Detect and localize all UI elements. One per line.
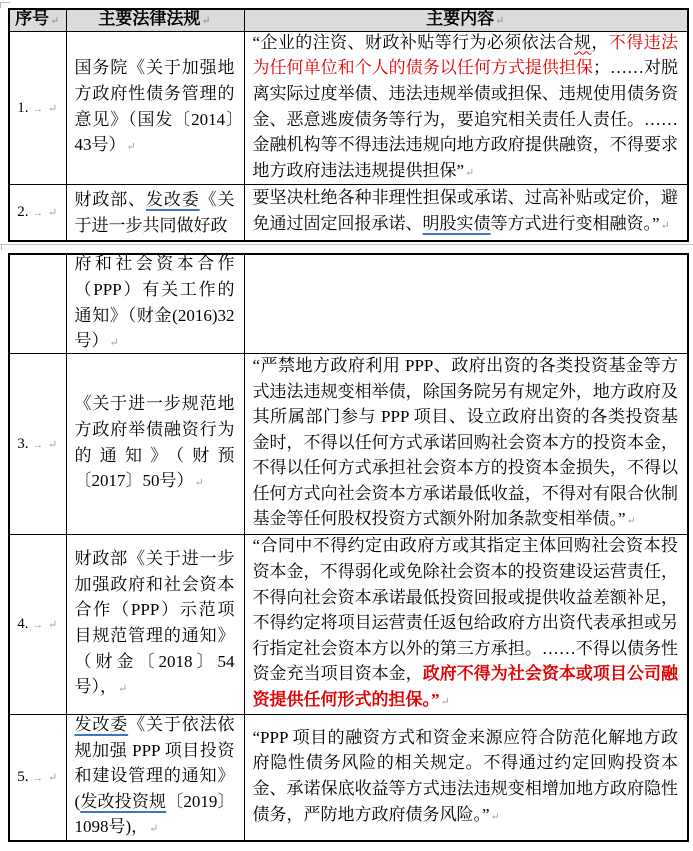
serial-text: 2. → ↵ bbox=[10, 198, 66, 227]
formatting-mark: ↵ bbox=[494, 15, 505, 27]
formatting-mark: ↵ bbox=[49, 15, 60, 27]
text-segment: 序号 bbox=[15, 10, 49, 28]
table-row: 1. → ↵ 国务院《关于加强地方政府性债务管理的意见》（国发〔2014〕43号… bbox=[9, 32, 688, 185]
formatting-mark: ↵ bbox=[47, 772, 58, 784]
serial-text: 4. → ↵ bbox=[10, 610, 66, 639]
cell-serial bbox=[9, 254, 66, 354]
underlined-term[interactable]: 发改委 bbox=[146, 190, 200, 209]
table-row: 5. → ↵ 发改委《关于依法依规加强 PPP 项目投资和建设管理的通知》(发改… bbox=[9, 715, 688, 842]
text-segment: 国务院《关于加强地方政府性债务管理的意见》（国发〔2014〕43号） bbox=[75, 58, 235, 154]
cell-law: 国务院《关于加强地方政府性债务管理的意见》（国发〔2014〕43号）↵ bbox=[66, 32, 244, 185]
cell-serial: 1. → ↵ bbox=[9, 32, 66, 185]
cell-serial: 5. → ↵ bbox=[9, 715, 66, 842]
underlined-term[interactable]: 发改委 bbox=[75, 715, 129, 734]
formatting-mark: ↵ bbox=[440, 696, 451, 708]
formatting-mark: ↵ bbox=[626, 515, 637, 527]
content-text: “PPP 项目的融资方式和资金来源应符合防范化解地方政府隐性债务风险的相关规定。… bbox=[245, 725, 688, 830]
text-segment: 主要法律法规 bbox=[98, 10, 200, 28]
serial-text: 5. → ↵ bbox=[10, 763, 66, 792]
formatting-mark: ↵ bbox=[117, 683, 128, 695]
cell-serial: 4. → ↵ bbox=[9, 535, 66, 715]
formatting-mark: ↵ bbox=[660, 220, 671, 232]
text-segment: 3. bbox=[17, 436, 28, 452]
header-label-law: 主要法律法规↵ bbox=[67, 10, 244, 31]
content-text: 要坚决杜绝各种非理性担保或承诺、过高补贴或定价，避免通过固定回报承诺、明股实债等… bbox=[245, 185, 688, 239]
formatting-mark: ↵ bbox=[47, 103, 58, 115]
text-segment: 《关于进一步规范地方政府举债融资行为的通知》（财预〔2017〕50号） bbox=[75, 394, 235, 490]
text-segment: “PPP 项目的融资方式和资金来源应符合防范化解地方政府隐性债务风险的相关规定。… bbox=[253, 728, 679, 824]
cell-serial: 3. → ↵ bbox=[9, 354, 66, 535]
cell-content: “PPP 项目的融资方式和资金来源应符合防范化解地方政府隐性债务风险的相关规定。… bbox=[244, 715, 688, 842]
text-segment: 府和社会资本合作（PPP）有关工作的通知》（财金(2016)32号） bbox=[75, 255, 235, 350]
document-page: 序号↵ 主要法律法规↵ 主要内容↵ 1. → ↵ 国务院《关于加强地方政府性债务… bbox=[0, 0, 693, 851]
cell-serial: 2. → ↵ bbox=[9, 185, 66, 242]
serial-text: 3. → ↵ bbox=[10, 430, 66, 459]
formatting-mark: ↵ bbox=[47, 439, 58, 451]
header-cell-content: 主要内容↵ bbox=[244, 9, 688, 32]
table-row-continuation: 府和社会资本合作（PPP）有关工作的通知》（财金(2016)32号）↵ bbox=[9, 254, 688, 354]
formatting-mark: → bbox=[29, 207, 48, 219]
cell-law: 财政部《关于进一步加强政府和社会资本合作（PPP）示范项目规范管理的通知》（财金… bbox=[66, 535, 244, 715]
law-text: 财政部《关于进一步加强政府和社会资本合作（PPP）示范项目规范管理的通知》（财金… bbox=[67, 546, 244, 703]
text-segment: 4. bbox=[17, 616, 28, 632]
cell-content bbox=[244, 254, 688, 354]
formatting-mark: ↵ bbox=[490, 811, 501, 823]
text-segment: “企业的注资、财政补贴等行为必须依法合 bbox=[253, 33, 574, 52]
underlined-term[interactable]: 明股实债 bbox=[423, 214, 491, 233]
header-cell-law: 主要法律法规↵ bbox=[66, 9, 244, 32]
cell-content: 要坚决杜绝各种非理性担保或承诺、过高补贴或定价，避免通过固定回报承诺、明股实债等… bbox=[244, 185, 688, 242]
cell-content: “企业的注资、财政补贴等行为必须依法合规，不得违法为任何单位和个人的债务以任何方… bbox=[244, 32, 688, 185]
cell-content: “严禁地方政府利用 PPP、政府出资的各类投资基金等方式违法违规变相举债，除国务… bbox=[244, 354, 688, 535]
cell-law: 府和社会资本合作（PPP）有关工作的通知》（财金(2016)32号）↵ bbox=[66, 254, 244, 354]
text-segment: 1. bbox=[17, 100, 28, 116]
formatting-mark: ↵ bbox=[148, 823, 159, 835]
law-text: 财政部、发改委《关于进一步共同做好政 bbox=[67, 187, 244, 238]
text-segment: 财政部、 bbox=[75, 190, 147, 209]
law-text: 《关于进一步规范地方政府举债融资行为的通知》（财预〔2017〕50号）↵ bbox=[67, 391, 244, 496]
table-row: 3. → ↵ 《关于进一步规范地方政府举债融资行为的通知》（财预〔2017〕50… bbox=[9, 354, 688, 535]
text-segment: “合同中不得约定由政府方或其指定主体回购社会资本投资本金，不得弱化或免除社会资本… bbox=[253, 536, 679, 683]
text-segment: 5. bbox=[17, 769, 28, 785]
serial-text: 1. → ↵ bbox=[10, 94, 66, 123]
content-text: “合同中不得约定由政府方或其指定主体回购社会资本投资本金，不得弱化或免除社会资本… bbox=[245, 535, 688, 714]
header-label-content: 主要内容↵ bbox=[245, 10, 688, 31]
text-segment: 2. bbox=[17, 204, 28, 220]
law-text: 发改委《关于依法依规加强 PPP 项目投资和建设管理的通知》(发改投资规〔201… bbox=[67, 715, 244, 840]
formatting-mark: ↵ bbox=[200, 15, 211, 27]
text-segment: 主要内容 bbox=[426, 10, 494, 28]
formatting-mark: ↵ bbox=[109, 337, 120, 349]
formatting-mark: ↵ bbox=[47, 207, 58, 219]
table-row: 4. → ↵ 财政部《关于进一步加强政府和社会资本合作（PPP）示范项目规范管理… bbox=[9, 535, 688, 715]
cell-law: 发改委《关于依法依规加强 PPP 项目投资和建设管理的通知》(发改投资规〔201… bbox=[66, 715, 244, 842]
law-text: 国务院《关于加强地方政府性债务管理的意见》（国发〔2014〕43号）↵ bbox=[67, 55, 244, 160]
formatting-mark: → bbox=[29, 619, 48, 631]
text-segment: ， bbox=[591, 33, 608, 52]
underlined-term[interactable]: 发改投资规 bbox=[80, 792, 166, 811]
law-text: 府和社会资本合作（PPP）有关工作的通知》（财金(2016)32号）↵ bbox=[67, 255, 244, 353]
text-segment: “严禁地方政府利用 PPP、政府出资的各类投资基金等方式违法违规变相举债，除国务… bbox=[253, 356, 679, 529]
formatting-mark: → bbox=[29, 439, 48, 451]
formatting-mark: ↵ bbox=[47, 619, 58, 631]
formatting-mark: → bbox=[29, 772, 48, 784]
content-text: “严禁地方政府利用 PPP、政府出资的各类投资基金等方式违法违规变相举债，除国务… bbox=[245, 354, 688, 534]
header-label-serial: 序号↵ bbox=[10, 10, 66, 31]
text-segment: 等方式进行变相融资。” bbox=[491, 214, 660, 233]
regulations-table-part2: 府和社会资本合作（PPP）有关工作的通知》（财金(2016)32号）↵ 3. →… bbox=[8, 253, 689, 842]
regulations-table-part1: 序号↵ 主要法律法规↵ 主要内容↵ 1. → ↵ 国务院《关于加强地方政府性债务… bbox=[8, 8, 689, 242]
text-segment: 财政部《关于进一步加强政府和社会资本合作（PPP）示范项目规范管理的通知》（财金… bbox=[75, 549, 235, 696]
cell-content: “合同中不得约定由政府方或其指定主体回购社会资本投资本金，不得弱化或免除社会资本… bbox=[244, 535, 688, 715]
formatting-mark: ↵ bbox=[194, 477, 205, 489]
formatting-mark: ↵ bbox=[464, 167, 475, 179]
table-row: 2. → ↵ 财政部、发改委《关于进一步共同做好政 要坚决杜绝各种非理性担保或承… bbox=[9, 185, 688, 242]
header-cell-serial: 序号↵ bbox=[9, 9, 66, 32]
formatting-mark: → bbox=[29, 103, 48, 115]
formatting-mark: ↵ bbox=[126, 141, 137, 153]
cell-law: 《关于进一步规范地方政府举债融资行为的通知》（财预〔2017〕50号）↵ bbox=[66, 354, 244, 535]
page-break-divider bbox=[0, 244, 693, 245]
table-header-row: 序号↵ 主要法律法规↵ 主要内容↵ bbox=[9, 9, 688, 32]
cell-law: 财政部、发改委《关于进一步共同做好政 bbox=[66, 185, 244, 242]
text-segment: 规 bbox=[574, 33, 591, 52]
page-break-corner-mark bbox=[1, 244, 2, 250]
content-text: “企业的注资、财政补贴等行为必须依法合规，不得违法为任何单位和个人的债务以任何方… bbox=[245, 32, 688, 184]
